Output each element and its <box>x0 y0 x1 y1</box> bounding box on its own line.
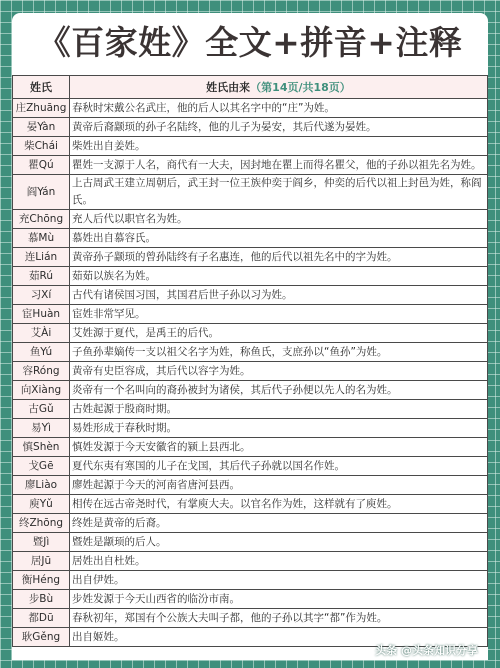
surname-cell: 易Yì <box>13 419 70 438</box>
origin-cell: 春秋初年，郑国有个公族大夫叫子都，他的子孙以其字“都”作为姓。 <box>70 609 488 628</box>
surname-cell: 步Bù <box>13 590 70 609</box>
surname-cell: 充Chōng <box>13 210 70 229</box>
surname-cell: 柴Chái <box>13 137 70 156</box>
table-row: 古Gǔ古姓起源于殷商时期。 <box>13 400 488 419</box>
table-row: 茹Rú茹茹以族名为姓。 <box>13 267 488 286</box>
origin-cell: 瞿姓一支源于人名，商代有一大夫，因封地在瞿上而得名瞿父，他的子孙以祖先名为姓。 <box>70 156 488 175</box>
table-row: 晏Yàn黄帝后裔颛顼的孙子名陆终，他的儿子为晏安，其后代遂为晏姓。 <box>13 118 488 137</box>
origin-cell: 夏代东夷有寒国的儿子在戈国，其后代子孙就以国名作姓。 <box>70 457 488 476</box>
surname-cell: 古Gǔ <box>13 400 70 419</box>
surname-cell: 瞿Qú <box>13 156 70 175</box>
origin-cell: 廖姓起源于今天的河南省唐河县西。 <box>70 476 488 495</box>
origin-cell: 宦姓非常罕见。 <box>70 305 488 324</box>
surname-cell: 艾Ài <box>13 324 70 343</box>
surname-cell: 连Lián <box>13 248 70 267</box>
surname-cell: 晏Yàn <box>13 118 70 137</box>
origin-cell: 居姓出自杜姓。 <box>70 552 488 571</box>
table-row: 充Chōng充人后代以职官名为姓。 <box>13 210 488 229</box>
table-row: 连Lián黄帝孙子颛顼的曾孙陆终有子名惠连，他的后代以祖先名中的字为姓。 <box>13 248 488 267</box>
origin-cell: 步姓发源于今天山西省的临汾市南。 <box>70 590 488 609</box>
table-row: 艾Ài艾姓源于夏代，是禹王的后代。 <box>13 324 488 343</box>
page-title: 《百家姓》全文+拼音+注释 <box>12 17 488 64</box>
table-row: 终Zhōng终姓是黄帝的后裔。 <box>13 514 488 533</box>
surname-cell: 鱼Yú <box>13 343 70 362</box>
table-row: 戈Gē夏代东夷有寒国的儿子在戈国，其后代子孙就以国名作姓。 <box>13 457 488 476</box>
surname-cell: 向Xiàng <box>13 381 70 400</box>
origin-cell: 黄帝有史臣容成，其后代以容字为姓。 <box>70 362 488 381</box>
origin-cell: 相传在远古帝尧时代，有掌庾大夫。以官名作为姓，这样就有了庾姓。 <box>70 495 488 514</box>
table-row: 居Jū居姓出自杜姓。 <box>13 552 488 571</box>
origin-cell: 茹茹以族名为姓。 <box>70 267 488 286</box>
table-row: 庾Yǔ相传在远古帝尧时代，有掌庾大夫。以官名作为姓，这样就有了庾姓。 <box>13 495 488 514</box>
origin-cell: 古姓起源于殷商时期。 <box>70 400 488 419</box>
surname-cell: 阎Yán <box>13 175 70 210</box>
surname-cell: 居Jū <box>13 552 70 571</box>
table-row: 慎Shèn慎姓发源于今天安徽省的颍上县西北。 <box>13 438 488 457</box>
surname-cell: 庄Zhuāng <box>13 99 70 118</box>
watermark: 头条 @头条知识分享 <box>375 642 478 658</box>
content-card: 《百家姓》全文+拼音+注释 姓氏 姓氏由来（第14页/共18页） 庄Zhuāng… <box>12 13 488 660</box>
surname-cell: 廖Liào <box>13 476 70 495</box>
origin-cell: 艾姓源于夏代，是禹王的后代。 <box>70 324 488 343</box>
surname-cell: 茹Rú <box>13 267 70 286</box>
table-header-row: 姓氏 姓氏由来（第14页/共18页） <box>13 76 488 99</box>
origin-cell: 黄帝后裔颛顼的孙子名陆终，他的儿子为晏安，其后代遂为晏姓。 <box>70 118 488 137</box>
origin-cell: 黄帝孙子颛顼的曾孙陆终有子名惠连，他的后代以祖先名中的字为姓。 <box>70 248 488 267</box>
surname-cell: 慕Mù <box>13 229 70 248</box>
table-row: 庄Zhuāng春秋时宋戴公名武庄，他的后人以其名字中的“庄”为姓。 <box>13 99 488 118</box>
surname-cell: 庾Yǔ <box>13 495 70 514</box>
table-row: 容Róng黄帝有史臣容成，其后代以容字为姓。 <box>13 362 488 381</box>
surname-cell: 宦Huàn <box>13 305 70 324</box>
table-row: 易Yì易姓形成于春秋时期。 <box>13 419 488 438</box>
table-row: 步Bù步姓发源于今天山西省的临汾市南。 <box>13 590 488 609</box>
table-row: 瞿Qú瞿姓一支源于人名，商代有一大夫，因封地在瞿上而得名瞿父，他的子孙以祖先名为… <box>13 156 488 175</box>
surname-cell: 都Dū <box>13 609 70 628</box>
table-row: 向Xiàng炎帝有一个名叫向的裔孙被封为诸侯，其后代子孙便以先人的名为姓。 <box>13 381 488 400</box>
table-row: 廖Liào廖姓起源于今天的河南省唐河县西。 <box>13 476 488 495</box>
surname-cell: 习Xí <box>13 286 70 305</box>
origin-cell: 子鱼孙辈嫡传一支以祖父名字为姓，称鱼氏，支庶孙以“鱼孙”为姓。 <box>70 343 488 362</box>
surname-cell: 慎Shèn <box>13 438 70 457</box>
surname-cell: 暨Jì <box>13 533 70 552</box>
origin-cell: 慕姓出自慕容氏。 <box>70 229 488 248</box>
origin-cell: 春秋时宋戴公名武庄，他的后人以其名字中的“庄”为姓。 <box>70 99 488 118</box>
column-header-surname: 姓氏 <box>13 76 70 99</box>
surname-cell: 戈Gē <box>13 457 70 476</box>
origin-cell: 终姓是黄帝的后裔。 <box>70 514 488 533</box>
table-row: 柴Chái柴姓出自姜姓。 <box>13 137 488 156</box>
surname-cell: 容Róng <box>13 362 70 381</box>
page-indicator: （第14页/共18页） <box>250 81 351 94</box>
table-row: 阎Yán上古周武王建立周朝后，武王封一位王族仲奕于阎乡，仲奕的后代以祖上封邑为姓… <box>13 175 488 210</box>
table-row: 衡Héng出自伊姓。 <box>13 571 488 590</box>
surname-cell: 终Zhōng <box>13 514 70 533</box>
origin-cell: 古代有诸侯国习国，其国君后世子孙以习为姓。 <box>70 286 488 305</box>
table-row: 都Dū春秋初年，郑国有个公族大夫叫子都，他的子孙以其字“都”作为姓。 <box>13 609 488 628</box>
origin-cell: 暨姓是颛顼的后人。 <box>70 533 488 552</box>
origin-cell: 充人后代以职官名为姓。 <box>70 210 488 229</box>
table-row: 慕Mù慕姓出自慕容氏。 <box>13 229 488 248</box>
column-header-origin: 姓氏由来（第14页/共18页） <box>70 76 488 99</box>
surname-cell: 衡Héng <box>13 571 70 590</box>
surname-cell: 耿Gěng <box>13 628 70 647</box>
table-row: 鱼Yú子鱼孙辈嫡传一支以祖父名字为姓，称鱼氏，支庶孙以“鱼孙”为姓。 <box>13 343 488 362</box>
origin-cell: 上古周武王建立周朝后，武王封一位王族仲奕于阎乡，仲奕的后代以祖上封邑为姓，称阎氏… <box>70 175 488 210</box>
origin-header-label: 姓氏由来 <box>206 81 250 94</box>
origin-cell: 慎姓发源于今天安徽省的颍上县西北。 <box>70 438 488 457</box>
table-row: 宦Huàn宦姓非常罕见。 <box>13 305 488 324</box>
origin-cell: 出自伊姓。 <box>70 571 488 590</box>
origin-cell: 柴姓出自姜姓。 <box>70 137 488 156</box>
surname-table: 姓氏 姓氏由来（第14页/共18页） 庄Zhuāng春秋时宋戴公名武庄，他的后人… <box>12 75 488 647</box>
table-row: 暨Jì暨姓是颛顼的后人。 <box>13 533 488 552</box>
origin-cell: 易姓形成于春秋时期。 <box>70 419 488 438</box>
origin-cell: 炎帝有一个名叫向的裔孙被封为诸侯，其后代子孙便以先人的名为姓。 <box>70 381 488 400</box>
table-row: 习Xí古代有诸侯国习国，其国君后世子孙以习为姓。 <box>13 286 488 305</box>
